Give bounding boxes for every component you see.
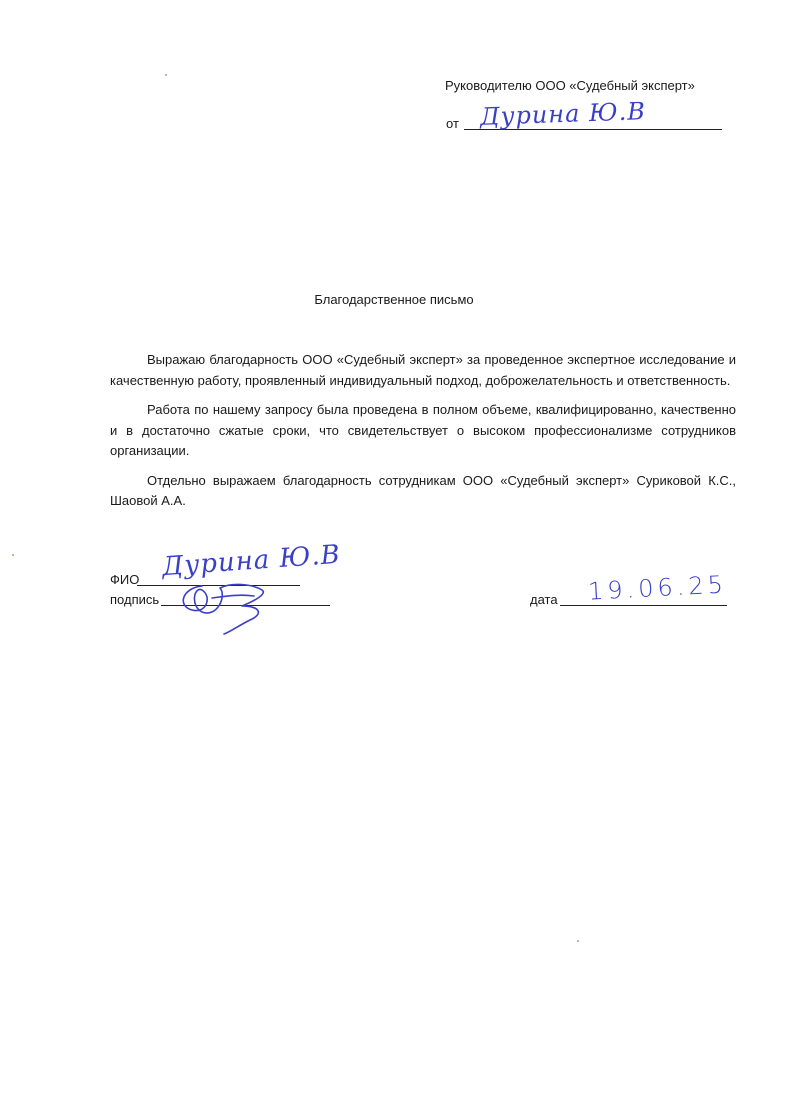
letter-body: Выражаю благодарность ООО «Судебный эксп… xyxy=(110,350,736,521)
scan-speck xyxy=(577,940,579,942)
signature-label: подпись xyxy=(110,592,159,607)
letter-page: Руководителю ООО «Судебный эксперт» от Д… xyxy=(0,0,788,1116)
scan-speck xyxy=(12,554,14,556)
from-field: от Дурина Ю.В xyxy=(446,110,722,132)
body-paragraph: Выражаю благодарность ООО «Судебный эксп… xyxy=(110,350,736,391)
date-label: дата xyxy=(530,592,558,607)
letter-title: Благодарственное письмо xyxy=(0,292,788,307)
date-handwritten: 19.06.25 xyxy=(587,570,727,605)
signature-block: ФИО Дурина Ю.В подпись дата 19.06.25 xyxy=(110,560,740,640)
handwritten-signature-icon xyxy=(172,576,282,636)
from-handwritten-name: Дурина Ю.В xyxy=(480,97,647,131)
fio-label: ФИО xyxy=(110,572,139,587)
from-label: от xyxy=(446,116,459,131)
date-underline xyxy=(560,605,727,606)
scan-speck xyxy=(165,74,167,76)
body-paragraph: Работа по нашему запросу была проведена … xyxy=(110,400,736,462)
body-paragraph: Отдельно выражаем благодарность сотрудни… xyxy=(110,471,736,512)
addressee-line: Руководителю ООО «Судебный эксперт» xyxy=(445,78,695,94)
date-field: дата 19.06.25 xyxy=(530,590,727,610)
